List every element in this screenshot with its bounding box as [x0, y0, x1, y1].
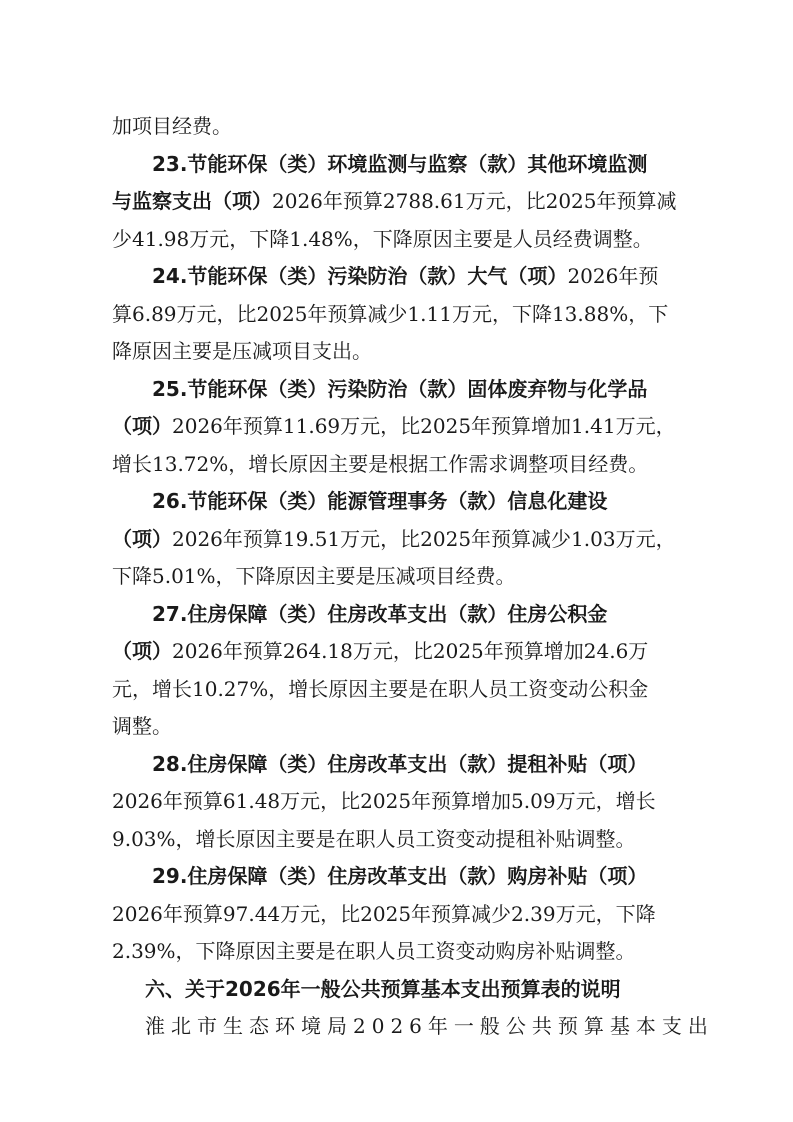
item-text: 算6.89万元，比2025年预算减少1.11万元，下降13.88%，下 — [112, 302, 668, 326]
item-text: 少41.98万元，下降1.48%，下降原因主要是人员经费调整。 — [112, 227, 653, 251]
item-line: （项）2026年预算19.51万元，比2025年预算减少1.03万元， — [112, 521, 680, 559]
item-title-bold: （项） — [112, 414, 172, 438]
item-title-bold: 28.住房保障（类）住房改革支出（款）提租补贴（项） — [152, 752, 647, 776]
item-text: 2.39%，下降原因主要是在职人员工资变动购房补贴调整。 — [112, 939, 636, 963]
item-text: 2026年预算2788.61万元，比2025年预算减 — [272, 189, 677, 213]
item-text: 调整。 — [112, 714, 172, 738]
lead-in-text: 加项目经费。 — [112, 114, 232, 138]
item-title-bold: 24.节能环保（类）污染防治（款）大气（项） — [152, 264, 567, 288]
item-title-bold: （项） — [112, 527, 172, 551]
item-line: 降原因主要是压减项目支出。 — [112, 333, 680, 371]
budget-item-23: 23.节能环保（类）环境监测与监察（款）其他环境监测 与监察支出（项）2026年… — [112, 146, 680, 259]
item-line: 元，增长10.27%，增长原因主要是在职人员工资变动公积金 — [112, 671, 680, 709]
item-title-bold: 与监察支出（项） — [112, 189, 272, 213]
budget-item-27: 27.住房保障（类）住房改革支出（款）住房公积金 （项）2026年预算264.1… — [112, 596, 680, 746]
item-text: 2026年预 — [567, 264, 658, 288]
item-title-bold: （项） — [112, 639, 172, 663]
item-line: 29.住房保障（类）住房改革支出（款）购房补贴（项） — [112, 858, 680, 896]
item-text: 2026年预算264.18万元，比2025年预算增加24.6万 — [172, 639, 648, 663]
item-line: 2.39%，下降原因主要是在职人员工资变动购房补贴调整。 — [112, 933, 680, 971]
item-line: 2026年预算61.48万元，比2025年预算增加5.09万元，增长 — [112, 783, 680, 821]
item-text: 2026年预算11.69万元，比2025年预算增加1.41万元， — [172, 414, 676, 438]
item-text: 9.03%，增长原因主要是在职人员工资变动提租补贴调整。 — [112, 827, 636, 851]
budget-item-24: 24.节能环保（类）污染防治（款）大气（项）2026年预 算6.89万元，比20… — [112, 258, 680, 371]
item-line: 24.节能环保（类）污染防治（款）大气（项）2026年预 — [112, 258, 680, 296]
item-line: 28.住房保障（类）住房改革支出（款）提租补贴（项） — [112, 746, 680, 784]
item-title-bold: 27.住房保障（类）住房改革支出（款）住房公积金 — [152, 602, 607, 626]
item-text: 增长13.72%，增长原因主要是根据工作需求调整项目经费。 — [112, 452, 648, 476]
item-line: 23.节能环保（类）环境监测与监察（款）其他环境监测 — [112, 146, 680, 184]
lead-in-line: 加项目经费。 — [112, 108, 680, 146]
section-heading: 六、关于2026年一般公共预算基本支出预算表的说明 — [112, 971, 680, 1009]
item-line: 26.节能环保（类）能源管理事务（款）信息化建设 — [112, 483, 680, 521]
item-line: 算6.89万元，比2025年预算减少1.11万元，下降13.88%，下 — [112, 296, 680, 334]
item-title-bold: 29.住房保障（类）住房改革支出（款）购房补贴（项） — [152, 864, 647, 888]
item-line: 调整。 — [112, 708, 680, 746]
item-line: 少41.98万元，下降1.48%，下降原因主要是人员经费调整。 — [112, 221, 680, 259]
item-line: 增长13.72%，增长原因主要是根据工作需求调整项目经费。 — [112, 446, 680, 484]
item-line: 与监察支出（项）2026年预算2788.61万元，比2025年预算减 — [112, 183, 680, 221]
item-line: 27.住房保障（类）住房改革支出（款）住房公积金 — [112, 596, 680, 634]
item-text: 降原因主要是压减项目支出。 — [112, 339, 372, 363]
budget-item-25: 25.节能环保（类）污染防治（款）固体废弃物与化学品 （项）2026年预算11.… — [112, 371, 680, 484]
document-page: 加项目经费。 23.节能环保（类）环境监测与监察（款）其他环境监测 与监察支出（… — [112, 108, 680, 1046]
item-title-bold: 25.节能环保（类）污染防治（款）固体废弃物与化学品 — [152, 377, 647, 401]
item-title-bold: 26.节能环保（类）能源管理事务（款）信息化建设 — [152, 489, 607, 513]
item-text: 下降5.01%，下降原因主要是压减项目经费。 — [112, 564, 516, 588]
budget-item-29: 29.住房保障（类）住房改革支出（款）购房补贴（项） 2026年预算97.44万… — [112, 858, 680, 971]
item-line: （项）2026年预算11.69万元，比2025年预算增加1.41万元， — [112, 408, 680, 446]
budget-item-28: 28.住房保障（类）住房改革支出（款）提租补贴（项） 2026年预算61.48万… — [112, 746, 680, 859]
item-line: 2026年预算97.44万元，比2025年预算减少2.39万元，下降 — [112, 896, 680, 934]
section-first-line: 淮北市生态环境局2026年一般公共预算基本支出 — [112, 1008, 680, 1046]
item-text: 2026年预算97.44万元，比2025年预算减少2.39万元，下降 — [112, 902, 656, 926]
item-line: （项）2026年预算264.18万元，比2025年预算增加24.6万 — [112, 633, 680, 671]
item-line: 9.03%，增长原因主要是在职人员工资变动提租补贴调整。 — [112, 821, 680, 859]
item-text: 元，增长10.27%，增长原因主要是在职人员工资变动公积金 — [112, 677, 648, 701]
budget-item-26: 26.节能环保（类）能源管理事务（款）信息化建设 （项）2026年预算19.51… — [112, 483, 680, 596]
item-title-bold: 23.节能环保（类）环境监测与监察（款）其他环境监测 — [152, 152, 647, 176]
item-text: 2026年预算19.51万元，比2025年预算减少1.03万元， — [172, 527, 676, 551]
item-text: 2026年预算61.48万元，比2025年预算增加5.09万元，增长 — [112, 789, 656, 813]
item-line: 25.节能环保（类）污染防治（款）固体废弃物与化学品 — [112, 371, 680, 409]
item-line: 下降5.01%，下降原因主要是压减项目经费。 — [112, 558, 680, 596]
